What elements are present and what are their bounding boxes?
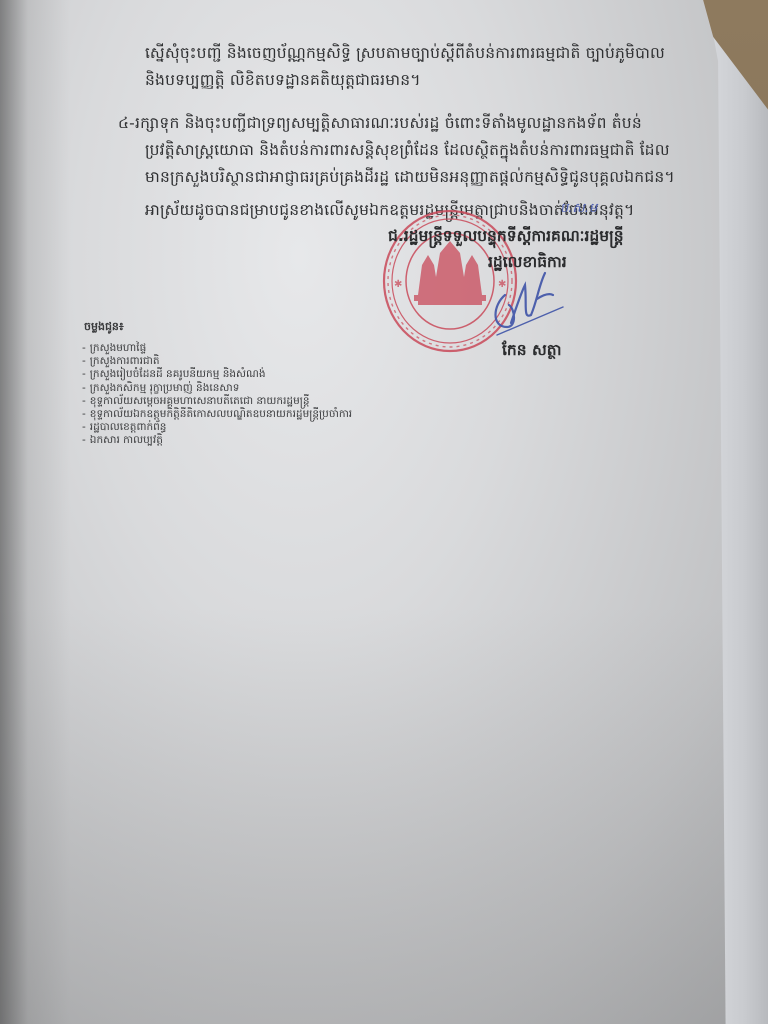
svg-text:✱: ✱ — [394, 279, 402, 290]
handwritten-annotation: ប.ស.ម — [560, 200, 597, 219]
cc-recipient: -ខុទ្ទកាល័យឯកឧត្តមកិត្តិនីតិកោសលបណ្ឌិតឧប… — [82, 408, 352, 421]
signatory-name: កែន សត្ថា — [502, 340, 562, 363]
cc-recipient: -ក្រសួងកសិកម្ម រុក្ខាប្រមាញ់ និងនេសាទ — [82, 382, 352, 395]
signatory-title-line-1: ជ.រដ្ឋមន្ត្រីទទួលបន្ទុកទីស្តីការគណៈរដ្ឋម… — [388, 226, 624, 249]
cc-recipient: -ក្រសួងមហាផ្ទៃ — [82, 342, 352, 355]
body-line-1: ស្នើសុំចុះបញ្ជី និងចេញប័ណ្ណកម្មសិទ្ធិ ស្… — [145, 43, 665, 66]
body-line-3: ៤-រក្សាទុក និងចុះបញ្ជីជាទ្រព្យសម្បត្តិសា… — [118, 113, 642, 136]
cc-heading: ចម្លងជូន៖ — [84, 320, 124, 336]
cc-recipient: -ក្រសួងការពារជាតិ — [82, 355, 352, 368]
body-line-4: ប្រវត្តិសាស្ត្រយោធា និងតំបន់ការពារសន្តិស… — [145, 140, 670, 163]
body-line-5: មានក្រសួងបរិស្ថានជាអាជ្ញាធរគ្រប់គ្រងដីរដ… — [145, 167, 675, 190]
cc-recipient: -រដ្ឋបាលខេត្តពាក់ព័ន្ធ — [82, 421, 352, 434]
signatory-title-line-2: រដ្ឋលេខាធិការ — [488, 252, 567, 275]
handwritten-signature-icon — [487, 265, 567, 345]
cc-recipient: -ខុទ្ទកាល័យសម្តេចអគ្គមហាសេនាបតីតេជោ នាយក… — [82, 395, 352, 408]
body-line-2: និងបទប្បញ្ញត្តិ លិខិតបទដ្ឋានគតិយុត្តជាធរ… — [145, 70, 421, 93]
document-page: ស្នើសុំចុះបញ្ជី និងចេញប័ណ្ណកម្មសិទ្ធិ ស្… — [0, 0, 748, 1024]
cc-recipient-list: -ក្រសួងមហាផ្ទៃ -ក្រសួងការពារជាតិ -ក្រសួង… — [82, 342, 352, 448]
cc-recipient: -ក្រសួងរៀបចំដែនដី នគរូបនីយកម្ម និងសំណង់ — [82, 368, 352, 381]
cc-recipient: -ឯកសារ កាលប្បវត្តិ — [82, 434, 352, 447]
